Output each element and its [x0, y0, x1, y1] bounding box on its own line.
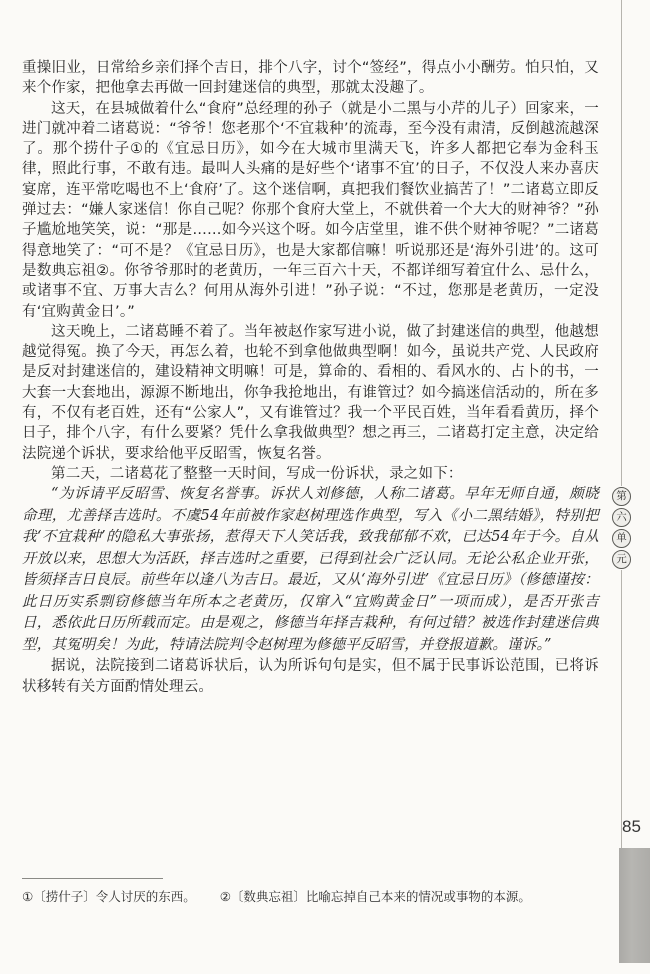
textbook-page: 重操旧业，日常给乡亲们择个吉日，排个八字，讨个“签经”，得点小小酬劳。怕只怕，又…	[0, 0, 650, 974]
paragraph-opening-continuation: 重操旧业，日常给乡亲们择个吉日，排个八字，讨个“签经”，得点小小酬劳。怕只怕，又…	[22, 58, 599, 99]
footnote-2: ②〔数典忘祖〕比喻忘掉自己本来的情况或事物的本源。	[220, 889, 531, 904]
sidebar-rule	[621, 0, 622, 848]
paragraph-night-thoughts: 这天晚上，二诸葛睡不着了。当年被赵作家写进小说，做了封建迷信的典型，他越想越觉得…	[22, 322, 599, 464]
paragraph-lawsuit-intro: 第二天，二诸葛花了整整一天时间，写成一份诉状，录之如下：	[22, 464, 599, 484]
unit-char-circle-4: 元	[612, 550, 631, 569]
unit-char-circle-3: 单	[612, 529, 631, 548]
unit-char-circle-2: 六	[612, 508, 631, 527]
paragraph-complaint-text: “为诉请平反昭雪、恢复名誉事。诉状人刘修德，人称二诸葛。早年无师自通，颇晓命理，…	[22, 484, 599, 656]
paragraph-court-response: 据说，法院接到二诸葛诉状后，认为所诉句句是实，但不属于民事诉讼范围，已将诉状移转…	[22, 656, 599, 697]
footnote-1: ①〔捞什子〕令人讨厌的东西。	[22, 889, 196, 904]
unit-marker: 第 六 单 元	[612, 487, 632, 569]
paragraph-dialogue: 这天，在县城做着什么“食府”总经理的孙子（就是小二黑与小芹的儿子）回家来，一进门…	[22, 99, 599, 322]
unit-char-circle-1: 第	[612, 487, 631, 506]
footnote-divider	[22, 878, 163, 879]
book-edge-strip	[619, 848, 650, 963]
page-number: 85	[622, 817, 648, 837]
article-body: 重操旧业，日常给乡亲们择个吉日，排个八字，讨个“签经”，得点小小酬劳。怕只怕，又…	[22, 58, 599, 697]
footnotes: ①〔捞什子〕令人讨厌的东西。②〔数典忘祖〕比喻忘掉自己本来的情况或事物的本源。	[22, 878, 587, 905]
